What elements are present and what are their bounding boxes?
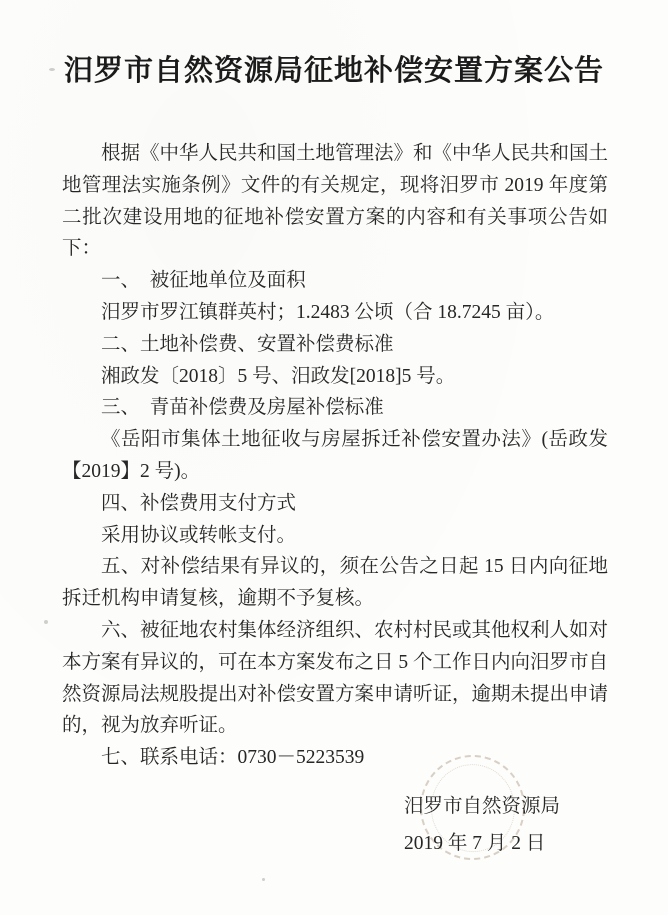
body-paragraph: 三、 青苗补偿费及房屋补偿标准 bbox=[62, 392, 608, 424]
body-paragraph: 二、土地补偿费、安置补偿费标准 bbox=[62, 329, 608, 361]
signature-org: 汨罗市自然资源局 bbox=[404, 788, 560, 825]
document-body: 根据《中华人民共和国土地管理法》和《中华人民共和国土地管理法实施条例》文件的有关… bbox=[62, 138, 608, 774]
body-paragraph: 六、被征地农村集体经济组织、农村村民或其他权利人如对本方案有异议的，可在本方案发… bbox=[62, 615, 608, 742]
body-paragraph: 《岳阳市集体土地征收与房屋拆迁补偿安置办法》(岳政发【2019】2 号)。 bbox=[62, 424, 608, 488]
signature-block: 汨罗市自然资源局 2019 年 7 月 2 日 bbox=[404, 788, 560, 862]
body-paragraph: 湘政发〔2018〕5 号、汨政发[2018]5 号。 bbox=[62, 361, 608, 393]
body-paragraph: 采用协议或转帐支付。 bbox=[62, 520, 608, 552]
scan-speck bbox=[44, 620, 48, 624]
scan-speck bbox=[262, 878, 265, 881]
body-paragraph: 五、对补偿结果有异议的，须在公告之日起 15 日内向征地拆迁机构申请复核，逾期不… bbox=[62, 551, 608, 615]
scan-speck bbox=[49, 68, 55, 71]
body-paragraph: 根据《中华人民共和国土地管理法》和《中华人民共和国土地管理法实施条例》文件的有关… bbox=[62, 138, 608, 265]
scan-speck bbox=[75, 70, 80, 73]
document-page: 汨罗市自然资源局征地补偿安置方案公告 根据《中华人民共和国土地管理法》和《中华人… bbox=[0, 0, 668, 915]
document-title: 汨罗市自然资源局征地补偿安置方案公告 bbox=[0, 0, 668, 92]
body-paragraph: 七、联系电话：0730－5223539 bbox=[62, 742, 608, 774]
body-paragraph: 四、补偿费用支付方式 bbox=[62, 488, 608, 520]
body-paragraph: 一、 被征地单位及面积 bbox=[62, 265, 608, 297]
signature-date: 2019 年 7 月 2 日 bbox=[404, 825, 560, 862]
body-paragraph: 汨罗市罗江镇群英村；1.2483 公顷（合 18.7245 亩）。 bbox=[62, 297, 608, 329]
